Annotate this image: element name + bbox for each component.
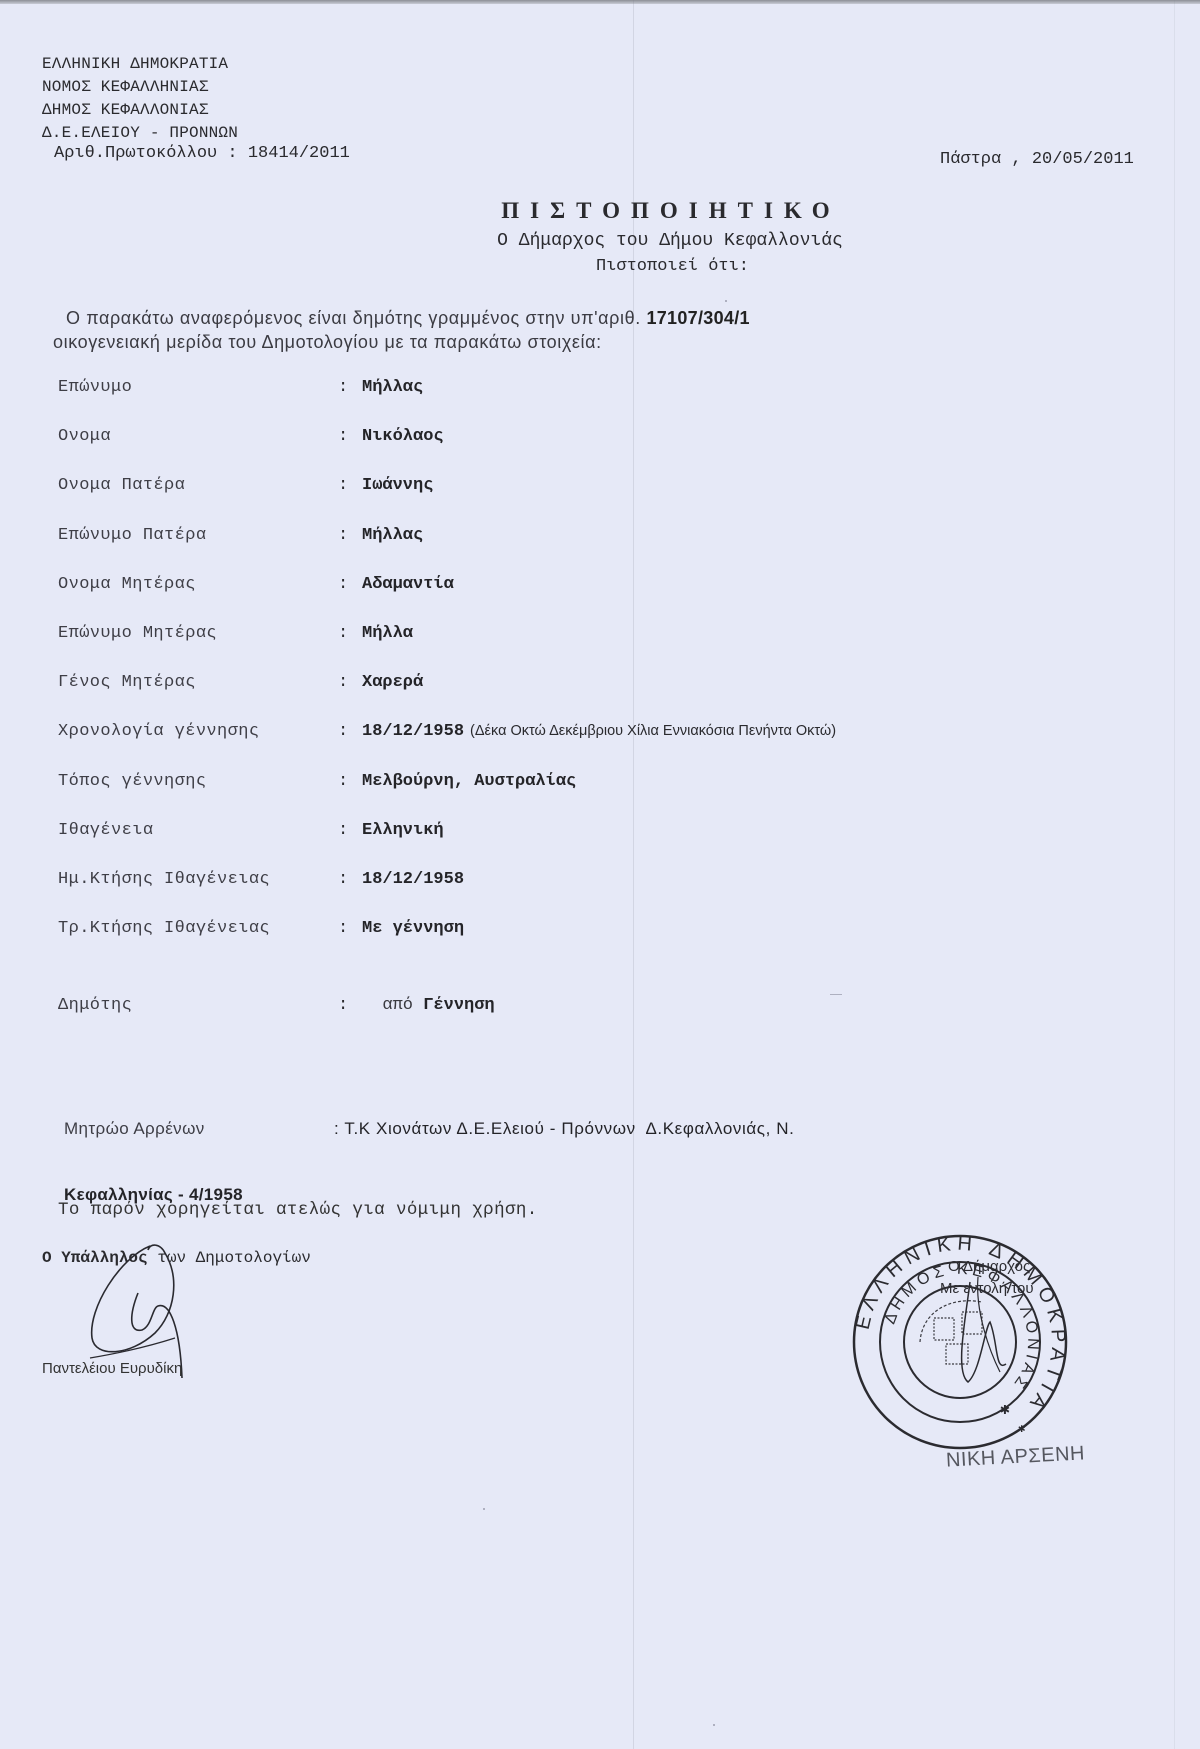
mayor-delegation: Με εντολή του xyxy=(940,1278,1034,1300)
issuer-header: ΕΛΛΗΝΙΚΗ ΔΗΜΟΚΡΑΤΙΑ ΝΟΜΟΣ ΚΕΦΑΛΛΗΝΙΑΣ ΔΗ… xyxy=(42,53,238,145)
field-colon: : xyxy=(338,821,362,840)
field-colon: : xyxy=(338,870,362,889)
registry-value: Τ.Κ Χιονάτων Δ.Ε.Ελειού - Πρόννων Δ.Κεφα… xyxy=(344,1119,794,1138)
field-colon: : xyxy=(338,575,362,594)
field-row: Ονομα:Νικόλαος xyxy=(58,427,444,446)
scan-speck xyxy=(725,300,727,302)
field-colon: : xyxy=(338,378,362,397)
field-value: Ιωάννης xyxy=(362,476,433,495)
field-value: Ελληνική xyxy=(362,821,444,840)
field-value: 18/12/1958 xyxy=(362,722,464,741)
scan-speck xyxy=(830,994,842,995)
field-label: Επώνυμο xyxy=(58,378,338,397)
field-row: Ημ.Κτήσης Ιθαγένειας:18/12/1958 xyxy=(58,870,464,889)
field-label: Δημότης xyxy=(58,996,338,1015)
clerk-name: Παντελέιου Ευρυδίκη xyxy=(42,1360,182,1377)
scan-top-edge xyxy=(0,0,1200,4)
protocol-label: Αριθ.Πρωτοκόλλου : xyxy=(54,144,238,163)
intro-text: Ο παρακάτω αναφερόμενος είναι δημότης γρ… xyxy=(66,308,641,328)
field-colon: : xyxy=(338,476,362,495)
intro-text: οικογενειακή μερίδα του Δημοτολογίου με … xyxy=(53,330,750,354)
field-label: Τόπος γέννησης xyxy=(58,772,338,791)
field-value: Μήλλας xyxy=(362,526,423,545)
intro-paragraph: Ο παρακάτω αναφερόμενος είναι δημότης γρ… xyxy=(53,306,750,354)
field-value: Νικόλαος xyxy=(362,427,444,446)
field-label: Ονομα Μητέρας xyxy=(58,575,338,594)
field-row: Επώνυμο Μητέρας:Μήλλα xyxy=(58,624,413,643)
document-title: ΠΙΣΤΟΠΟΙΗΤΙΚΟ xyxy=(0,198,1200,224)
citizen-row: Δημότης: από Γέννηση xyxy=(58,996,495,1015)
field-colon: : xyxy=(338,427,362,446)
place-date: Πάστρα , 20/05/2011 xyxy=(940,150,1134,169)
mayor-title: Ο Δήμαρχος xyxy=(940,1256,1034,1278)
field-label: Επώνυμο Μητέρας xyxy=(58,624,338,643)
field-value-note: (Δέκα Οκτώ Δεκέμβριου Χίλια Εννιακόσια Π… xyxy=(470,723,836,739)
mayor-block: Ο ΔήμαρχοςΜε εντολή του xyxy=(940,1256,1034,1300)
field-row: Τόπος γέννησης:Μελβούρνη, Αυστραλίας xyxy=(58,772,576,791)
citizen-prefix: από xyxy=(382,996,413,1015)
protocol-value: 18414/2011 xyxy=(248,144,350,163)
field-colon: : xyxy=(338,624,362,643)
field-row: Χρονολογία γέννησης:18/12/1958(Δέκα Οκτώ… xyxy=(58,722,836,741)
field-value: Αδαμαντία xyxy=(362,575,454,594)
field-label: Γένος Μητέρας xyxy=(58,673,338,692)
header-line: ΔΗΜΟΣ ΚΕΦΑΛΛΟΝΙΑΣ xyxy=(42,99,238,122)
field-label: Ονομα Πατέρα xyxy=(58,476,338,495)
field-value: Μήλλας xyxy=(362,378,423,397)
field-value: Χαρερά xyxy=(362,673,423,692)
field-value: Μήλλα xyxy=(362,624,413,643)
field-label: Ιθαγένεια xyxy=(58,821,338,840)
field-value: Με γέννηση xyxy=(362,919,464,938)
field-label: Τρ.Κτήσης Ιθαγένειας xyxy=(58,919,338,938)
field-colon: : xyxy=(338,772,362,791)
issue-date: 20/05/2011 xyxy=(1032,150,1134,169)
field-row: Ονομα Μητέρας:Αδαμαντία xyxy=(58,575,454,594)
field-row: Ονομα Πατέρα:Ιωάννης xyxy=(58,476,433,495)
field-row: Γένος Μητέρας:Χαρερά xyxy=(58,673,423,692)
field-label: Μητρώο Αρρένων xyxy=(64,1118,334,1140)
usage-statement: Το παρόν χορηγείται ατελώς για νόμιμη χρ… xyxy=(58,1200,538,1220)
field-colon: : xyxy=(338,919,362,938)
field-label: Χρονολογία γέννησης xyxy=(58,722,338,741)
field-value: Μελβούρνη, Αυστραλίας xyxy=(362,772,576,791)
field-label: Επώνυμο Πατέρα xyxy=(58,526,338,545)
scan-speck xyxy=(483,1508,485,1510)
field-colon: : xyxy=(338,722,362,741)
field-row: Επώνυμο:Μήλλας xyxy=(58,378,423,397)
citizen-value: Γέννηση xyxy=(423,996,494,1015)
certifies-line: Πιστοποιεί ότι: xyxy=(0,257,1200,276)
svg-text:✱: ✱ xyxy=(1000,1401,1010,1419)
field-label: Ημ.Κτήσης Ιθαγένειας xyxy=(58,870,338,889)
svg-text:✱: ✱ xyxy=(1018,1422,1025,1436)
record-number: 17107/304/1 xyxy=(646,308,749,328)
document-subtitle: Ο Δήμαρχος του Δήμου Κεφαλλονιάς xyxy=(0,231,1200,251)
field-row: Ιθαγένεια:Ελληνική xyxy=(58,821,444,840)
scan-speck xyxy=(713,1724,715,1726)
field-colon: : xyxy=(338,526,362,545)
header-line: ΝΟΜΟΣ ΚΕΦΑΛΛΗΝΙΑΣ xyxy=(42,76,238,99)
field-value: 18/12/1958 xyxy=(362,870,464,889)
field-row: Επώνυμο Πατέρα:Μήλλας xyxy=(58,526,423,545)
header-line: Δ.Ε.ΕΛΕΙΟΥ - ΠΡΟΝΝΩΝ xyxy=(42,122,238,145)
field-colon: : xyxy=(338,673,362,692)
field-row: Τρ.Κτήσης Ιθαγένειας:Με γέννηση xyxy=(58,919,464,938)
protocol-number: Αριθ.Πρωτοκόλλου : 18414/2011 xyxy=(54,144,350,163)
field-label: Ονομα xyxy=(58,427,338,446)
place: Πάστρα xyxy=(940,150,1001,169)
header-line: ΕΛΛΗΝΙΚΗ ΔΗΜΟΚΡΑΤΙΑ xyxy=(42,53,238,76)
